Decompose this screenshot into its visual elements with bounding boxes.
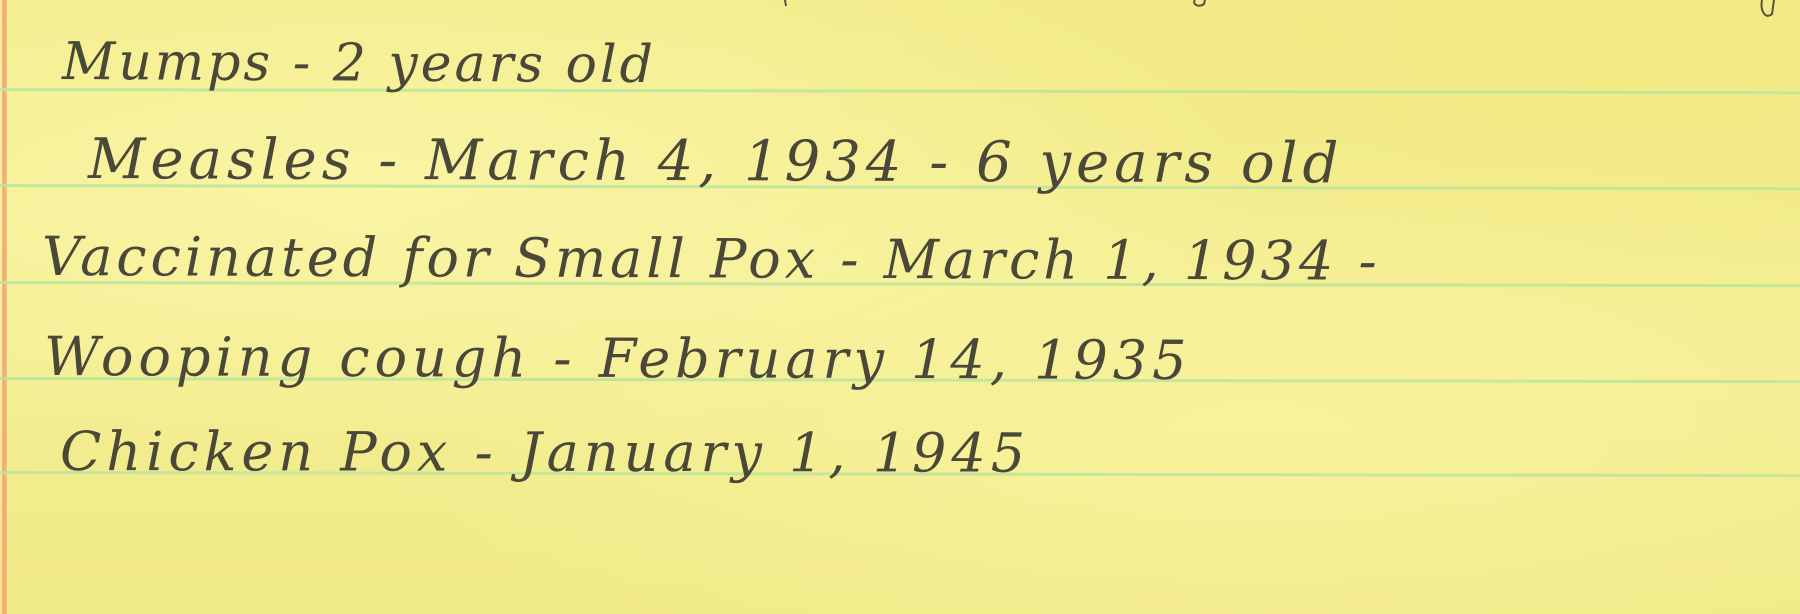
note-line-measles: Measles - March 4, 1934 - 6 years old [88, 132, 1343, 192]
note-line-smallpox-vaccination: Vaccinated for Small Pox - March 1, 1934… [42, 230, 1381, 289]
note-line-mumps: Mumps - 2 years old [62, 36, 656, 91]
margin-line [2, 0, 7, 614]
legal-pad-page: Mumps - 2 years old Measles - March 4, 1… [0, 0, 1800, 614]
note-line-chicken-pox: Chicken Pox - January 1, 1945 [60, 425, 1030, 481]
note-line-whooping-cough: Wooping cough - February 14, 1935 [44, 330, 1192, 388]
